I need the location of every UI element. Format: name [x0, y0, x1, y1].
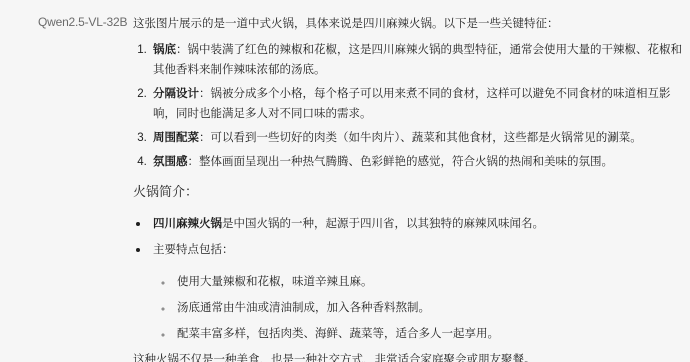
feature-text: ：整体画面呈现出一种热气腾腾、色彩鲜艳的感觉，符合火锅的热闹和美味的氛围。: [188, 154, 614, 168]
bullet-text: 主要特点包括：: [153, 242, 234, 256]
feature-title: 分隔设计: [153, 86, 199, 100]
feature-text: ：可以看到一些切好的肉类（如牛肉片）、蔬菜和其他食材，这些都是火锅常见的涮菜。: [199, 130, 642, 144]
sub-bullet-list: 使用大量辣椒和花椒，味道辛辣且麻。 汤底通常由牛油或清油制成，加入各种香料熬制。…: [153, 271, 683, 343]
feature-title: 锅底: [153, 42, 176, 56]
intro-bullet-list: 四川麻辣火锅是中国火锅的一种，起源于四川省，以其独特的麻辣风味闻名。 主要特点包…: [133, 213, 683, 343]
bullet-item: 主要特点包括： 使用大量辣椒和花椒，味道辛辣且麻。 汤底通常由牛油或清油制成，加…: [150, 239, 683, 343]
bullet-bold: 四川麻辣火锅: [153, 216, 222, 230]
feature-item: 锅底：锅中装满了红色的辣椒和花椒，这是四川麻辣火锅的典型特征，通常会使用大量的干…: [150, 39, 683, 79]
model-response: 这张图片展示的是一道中式火锅，具体来说是四川麻辣火锅。以下是一些关键特征： 锅底…: [133, 13, 683, 362]
bullet-item: 四川麻辣火锅是中国火锅的一种，起源于四川省，以其独特的麻辣风味闻名。: [150, 213, 683, 233]
sub-bullet-item: 使用大量辣椒和花椒，味道辛辣且麻。: [173, 271, 683, 291]
sub-bullet-item: 配菜丰富多样，包括肉类、海鲜、蔬菜等，适合多人一起享用。: [173, 323, 683, 343]
feature-item: 分隔设计：锅被分成多个小格，每个格子可以用来煮不同的食材，这样可以避免不同食材的…: [150, 83, 683, 123]
feature-text: ：锅被分成多个小格，每个格子可以用来煮不同的食材，这样可以避免不同食材的味道相互…: [153, 86, 671, 120]
feature-list: 锅底：锅中装满了红色的辣椒和花椒，这是四川麻辣火锅的典型特征，通常会使用大量的干…: [133, 39, 683, 171]
feature-item: 氛围感：整体画面呈现出一种热气腾腾、色彩鲜艳的感觉，符合火锅的热闹和美味的氛围。: [150, 151, 683, 171]
response-intro: 这张图片展示的是一道中式火锅，具体来说是四川麻辣火锅。以下是一些关键特征：: [133, 13, 683, 33]
feature-text: ：锅中装满了红色的辣椒和花椒，这是四川麻辣火锅的典型特征，通常会使用大量的干辣椒…: [153, 42, 682, 76]
feature-item: 周围配菜：可以看到一些切好的肉类（如牛肉片）、蔬菜和其他食材，这些都是火锅常见的…: [150, 127, 683, 147]
response-closing: 这种火锅不仅是一种美食，也是一种社交方式，非常适合家庭聚会或朋友聚餐。: [133, 349, 683, 362]
sub-bullet-item: 汤底通常由牛油或清油制成，加入各种香料熬制。: [173, 297, 683, 317]
feature-title: 氛围感: [153, 154, 188, 168]
section-heading: 火锅简介：: [133, 183, 683, 203]
bullet-text: 是中国火锅的一种，起源于四川省，以其独特的麻辣风味闻名。: [222, 216, 544, 230]
model-name-label: Qwen2.5-VL-32B: [38, 15, 127, 29]
feature-title: 周围配菜: [153, 130, 199, 144]
